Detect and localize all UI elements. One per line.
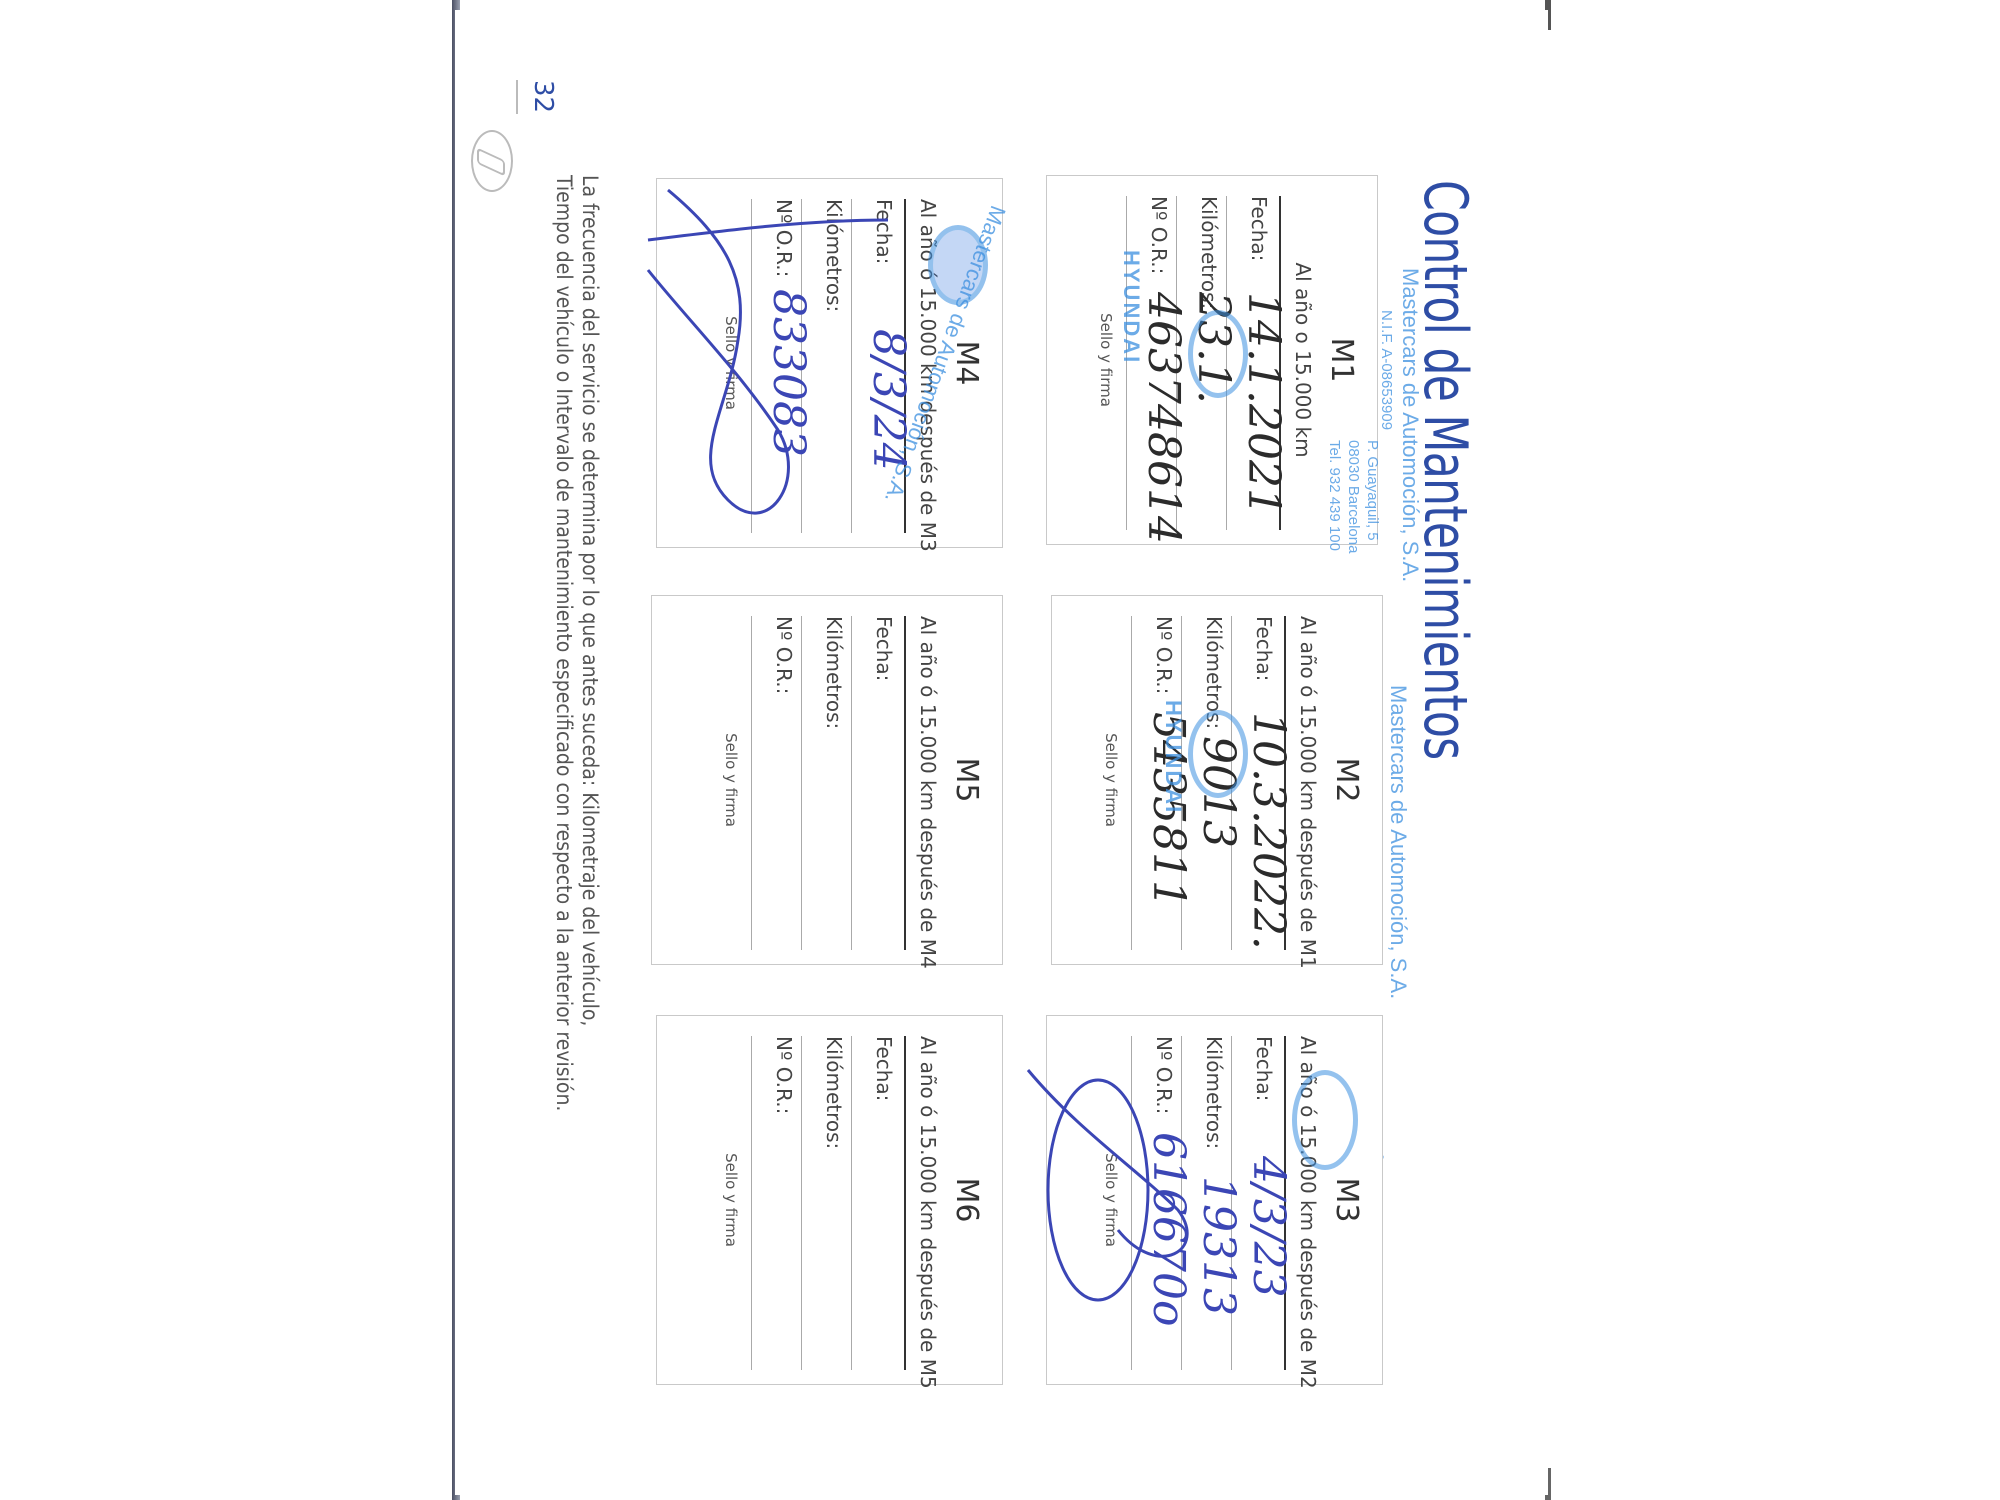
- sello-label: Sello y firma: [1097, 176, 1115, 544]
- footnote-line-2: Tiempo del vehículo o Intervalo de mante…: [551, 175, 577, 1111]
- fecha-value: 4/3/23: [1243, 1156, 1294, 1298]
- divider: [904, 1036, 906, 1370]
- page-title: Control de Mantenimientos: [1410, 180, 1480, 759]
- kilometros-label: Kilómetros:: [822, 199, 846, 312]
- or-row: Nº O.R.: 833083: [751, 199, 800, 533]
- sello-label: Sello y firma: [1102, 596, 1120, 964]
- or-value: 5435811: [1143, 712, 1194, 908]
- or-value: 833083: [763, 289, 814, 457]
- hyundai-stamp-logo-icon: [928, 225, 988, 305]
- maintenance-interval: Al año o 15.000 km: [1291, 176, 1315, 544]
- or-label: Nº O.R.:: [772, 199, 796, 277]
- fecha-row: Fecha:: [851, 1036, 900, 1370]
- maintenance-interval: Al año ó 15.000 km después de M4: [916, 616, 940, 950]
- or-label: Nº O.R.:: [1152, 1036, 1176, 1114]
- hyundai-stamp-logo-icon: [1188, 710, 1248, 798]
- fecha-label: Fecha:: [872, 616, 896, 681]
- kilometros-row: Kilómetros:: [801, 616, 850, 950]
- sello-label: Sello y firma: [722, 1016, 740, 1384]
- or-row: Nº O.R.:: [751, 1036, 800, 1370]
- or-value: 463748614: [1138, 292, 1189, 544]
- or-row: Nº O.R.: 463748614: [1126, 196, 1175, 530]
- or-label: Nº O.R.:: [1152, 616, 1176, 694]
- fecha-row: Fecha: 8/3/24: [851, 199, 900, 533]
- or-label: Nº O.R.:: [1147, 196, 1171, 274]
- fecha-label: Fecha:: [872, 1036, 896, 1101]
- fecha-value: 14.1.2021: [1238, 292, 1289, 516]
- maintenance-interval: Al año ó 15.000 km después de M5: [916, 1036, 940, 1370]
- sello-label: Sello y firma: [1102, 1016, 1120, 1384]
- fecha-label: Fecha:: [1247, 196, 1271, 261]
- maintenance-box-m6: M6 Al año ó 15.000 km después de M5 Fech…: [656, 1015, 1003, 1385]
- fecha-label: Fecha:: [1252, 1036, 1276, 1101]
- or-label: Nº O.R.:: [772, 1036, 796, 1114]
- maintenance-box-m5: M5 Al año ó 15.000 km después de M4 Fech…: [651, 595, 1003, 965]
- or-row: Nº O.R.: 5435811: [1131, 616, 1180, 950]
- kilometros-value: 19313: [1193, 1176, 1244, 1316]
- fecha-label: Fecha:: [1252, 616, 1276, 681]
- footnote-line-1: La frecuencia del servicio se determina …: [577, 175, 603, 1111]
- fecha-row: Fecha:: [851, 616, 900, 950]
- hyundai-stamp-logo-icon: [1188, 310, 1248, 398]
- sello-label: Sello y firma: [722, 179, 740, 547]
- page-number-separator: [516, 80, 518, 114]
- maintenance-id: M5: [949, 596, 984, 964]
- page-number: 32: [528, 80, 558, 113]
- stamp-company: Mastercars de Automoción, S.A.: [1389, 685, 1408, 999]
- maintenance-id: M1: [1324, 176, 1359, 544]
- hyundai-stamp-logo-icon: [1292, 1070, 1358, 1170]
- maintenance-id: M6: [949, 1016, 984, 1384]
- hyundai-logo-icon: [471, 130, 513, 192]
- stamp-nif: N.I.F. A-08653909: [1377, 310, 1396, 430]
- divider: [904, 616, 906, 950]
- fecha-value: 8/3/24: [863, 329, 914, 471]
- dealer-stamp-m1-nif: N.I.F. A-08653909: [1377, 310, 1396, 430]
- fecha-label: Fecha:: [872, 199, 896, 264]
- sello-label: Sello y firma: [722, 596, 740, 964]
- dealer-stamp-m2: Mastercars de Automoción, S.A.: [1389, 685, 1408, 999]
- kilometros-label: Kilómetros:: [822, 1036, 846, 1149]
- maintenance-booklet-page: Control de Mantenimientos • · M1 Al año …: [455, 10, 1548, 1495]
- footnote: La frecuencia del servicio se determina …: [551, 175, 603, 1111]
- kilometros-row: Kilómetros:: [801, 1036, 850, 1370]
- or-label: Nº O.R.:: [772, 616, 796, 694]
- or-row: Nº O.R.: 616670o: [1131, 1036, 1180, 1370]
- fecha-value: 10.3.2022.: [1243, 712, 1294, 950]
- maintenance-interval: Al año ó 15.000 km después de M1: [1296, 616, 1320, 950]
- or-value: 616670o: [1143, 1132, 1194, 1326]
- kilometros-label: Kilómetros:: [822, 616, 846, 729]
- or-row: Nº O.R.:: [751, 616, 800, 950]
- maintenance-id: M2: [1329, 596, 1364, 964]
- kilometros-label: Kilómetros:: [1202, 1036, 1226, 1149]
